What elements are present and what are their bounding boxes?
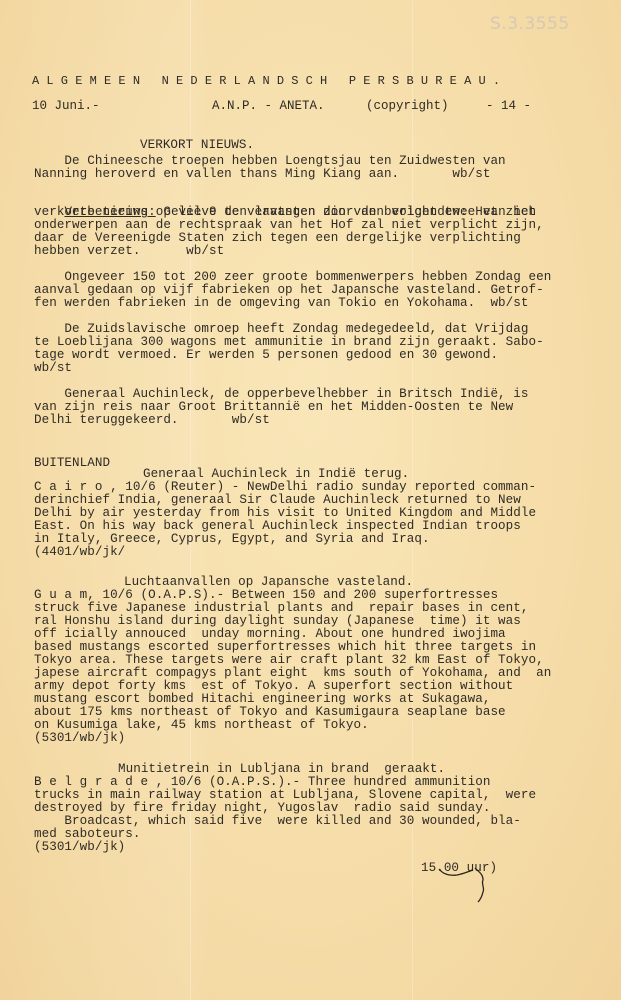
text-line: Nanning heroverd en vallen thans Ming Ki…	[34, 168, 490, 181]
archive-number: S.3.3555	[490, 14, 570, 34]
text-line: (5301/wb/jk)	[34, 841, 125, 854]
copyright-notice: (copyright)	[366, 99, 449, 113]
text-line: (4401/wb/jk/	[34, 546, 125, 559]
text-line: hebben verzet. wb/st	[34, 245, 224, 258]
text-line: tage wordt vermoed. Er werden 5 personen…	[34, 349, 498, 362]
section-title-verkort-nieuws: VERKORT NIEUWS.	[140, 139, 254, 152]
text-line: Delhi teruggekeerd. wb/st	[34, 414, 270, 427]
agency-name: A L G E M E E N N E D E R L A N D S C H …	[32, 74, 500, 88]
document-date: 10 Juni.-	[32, 99, 100, 113]
text-line: (5301/wb/jk)	[34, 732, 125, 745]
text-line: wb/st	[34, 362, 72, 375]
text-line: fen werden fabrieken in de omgeving van …	[34, 297, 529, 310]
page-number: - 14 -	[486, 99, 531, 113]
section-title-buitenland: BUITENLAND	[34, 457, 110, 470]
handwritten-squiggle-icon	[435, 866, 505, 906]
news-source: A.N.P. - ANETA.	[212, 99, 325, 113]
